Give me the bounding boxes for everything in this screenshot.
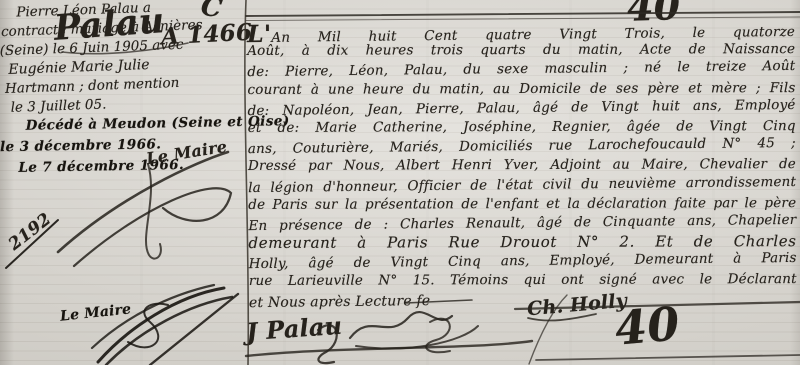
footer-rule-line [536, 355, 800, 360]
act-number: A 1466 [160, 19, 252, 51]
mayor-signature-flourish [74, 188, 231, 266]
dossier-number: 2192 [5, 209, 55, 254]
renault-signature-flourish [350, 312, 452, 338]
header-rule-line [246, 12, 800, 16]
death-mention-signature-flourish [150, 294, 238, 365]
signature-declarant-palau: J Palau [245, 311, 343, 347]
birth-act-text: L'An Mil huit Cent quatre Vingt Trois, l… [247, 20, 797, 312]
renault-signature-flourish [356, 326, 478, 349]
death-mention-signature-flourish [128, 304, 168, 348]
death-note-line: Décédé à Meudon (Seine et Oise) [0, 112, 250, 137]
act-line: et Nous après Lecture fe [249, 288, 797, 313]
folio-number-top: 40 [626, 0, 681, 30]
register-page-scan: C Palau A 1466 Pierre Léon Palau a contr… [0, 0, 800, 365]
surname-header: Palau [53, 0, 166, 49]
death-mention-signature-flourish [98, 288, 224, 362]
mayor-signature-flourish [146, 164, 161, 259]
folio-number-bottom: 40 [613, 296, 682, 355]
renault-signature-flourish [426, 319, 450, 353]
death-note-mayor-signoff: Le Maire [59, 301, 132, 324]
